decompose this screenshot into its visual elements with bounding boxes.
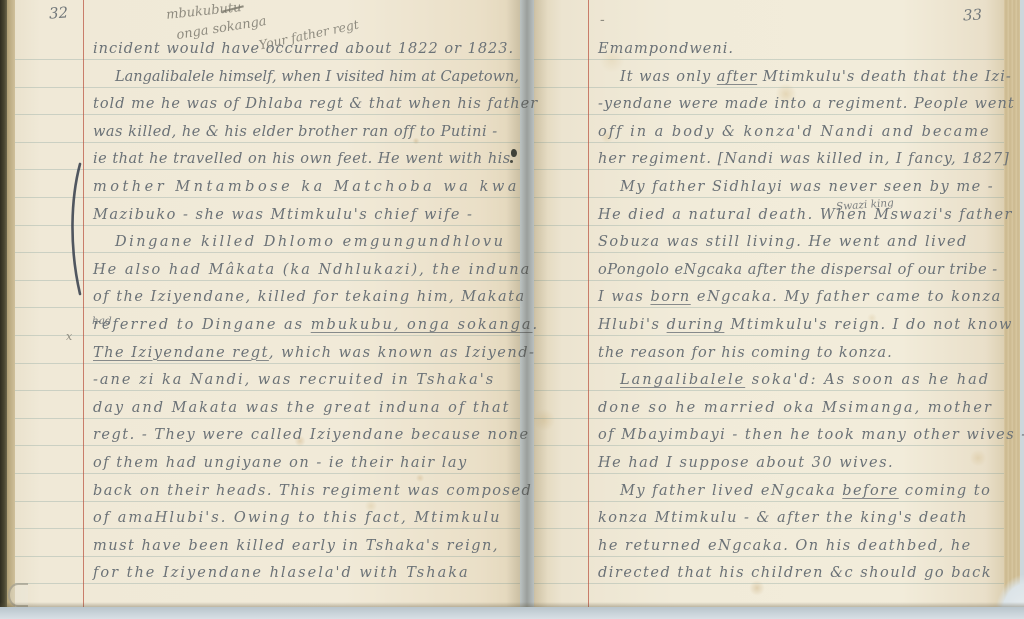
underlined-text: The Iziyendane regt: [93, 345, 269, 361]
manuscript-text: Mtimkulu's death that the Izi-: [757, 69, 1012, 85]
manuscript-line: the reason for his coming to konza.: [598, 343, 893, 363]
manuscript-text: incident would have occurred about 1822 …: [93, 41, 514, 57]
manuscript-line: Hlubi's during Mtimkulu's reign. I do no…: [598, 315, 1013, 335]
manuscript-line: -yendane were made into a regiment. Peop…: [598, 94, 1015, 114]
manuscript-text: coming to: [899, 483, 992, 499]
ink-blot: [511, 149, 517, 157]
underlined-text: born: [650, 289, 690, 305]
ruled-line: [15, 473, 520, 474]
manuscript-text: Langalibalele himself, when I visited hi…: [115, 69, 519, 85]
manuscript-text: eNgcaka. My father came to konza: [691, 289, 1002, 305]
manuscript-text: I was: [598, 289, 650, 305]
manuscript-text: was killed, he & his elder brother ran o…: [93, 124, 498, 140]
ruled-line: [15, 59, 520, 60]
manuscript-line: he returned eNgcaka. On his deathbed, he: [598, 536, 972, 556]
ruled-line: [15, 583, 520, 584]
ruled-line: [15, 197, 520, 198]
ruled-line: [534, 59, 1004, 60]
ruled-line: [15, 114, 520, 115]
manuscript-line: incident would have occurred about 1822 …: [93, 39, 514, 59]
ruled-line: [15, 252, 520, 253]
manuscript-line: He died a natural death. When Mswazi's f…: [598, 205, 1013, 225]
underlined-text: before: [842, 483, 898, 499]
manuscript-line: must have been killed early in Tshaka's …: [93, 536, 499, 556]
manuscript-text: for the Iziyendane hlasela'd with Tshaka: [93, 565, 470, 581]
manuscript-text: oPongolo eNgcaka after the dispersal of …: [598, 262, 998, 278]
manuscript-line: ie that he travelled on his own feet. He…: [93, 149, 511, 169]
ruled-line: [534, 252, 1004, 253]
manuscript-line: Dingane killed Dhlomo emgungundhlovu: [115, 232, 505, 252]
manuscript-text: He also had Mâkata (ka Ndhlukazi), the i…: [93, 262, 531, 278]
manuscript-line: referred to Dingane as mbukubu, onga sok…: [93, 315, 539, 335]
underlined-text: mbukubu, onga sokanga: [311, 317, 533, 333]
manuscript-line: The Iziyendane regt, which was known as …: [93, 343, 535, 363]
ruled-line: [15, 528, 520, 529]
manuscript-line: Emampondweni.: [598, 39, 734, 59]
manuscript-line: was killed, he & his elder brother ran o…: [93, 122, 498, 142]
underlined-text: after: [717, 69, 757, 85]
margin-dash-mark: -: [600, 12, 605, 28]
left-page-margin-rule: [83, 0, 84, 608]
manuscript-line: oPongolo eNgcaka after the dispersal of …: [598, 260, 998, 280]
underlined-text: during: [667, 317, 725, 333]
manuscript-text: her regiment. [Nandi was killed in, I fa…: [598, 151, 1010, 167]
manuscript-line: of Mbayimbayi - then he took many other …: [598, 425, 1024, 445]
manuscript-line: I was born eNgcaka. My father came to ko…: [598, 287, 1002, 307]
manuscript-text: day and Makata was the great induna of t…: [93, 400, 510, 416]
manuscript-text: off in a body & konza'd Nandi and became: [598, 124, 991, 140]
manuscript-line: for the Iziyendane hlasela'd with Tshaka: [93, 563, 470, 583]
manuscript-line: Langalibalele soka'd: As soon as he had: [620, 370, 990, 390]
manuscript-text: He had I suppose about 30 wives.: [598, 455, 894, 471]
margin-caret-mark: x: [66, 330, 72, 343]
manuscript-text: must have been killed early in Tshaka's …: [93, 538, 499, 554]
manuscript-text: referred to Dingane as: [93, 317, 311, 333]
ruled-line: [534, 390, 1004, 391]
ruled-line: [15, 169, 520, 170]
manuscript-text: mother Mntambose ka Matchoba wa kwa: [93, 179, 520, 195]
manuscript-line: He also had Mâkata (ka Ndhlukazi), the i…: [93, 260, 531, 280]
ruled-line: [534, 445, 1004, 446]
manuscript-text: Hlubi's: [598, 317, 667, 333]
left-page-edge: [7, 0, 15, 608]
page-number-left: 32: [48, 3, 68, 22]
manuscript-line: Sobuza was still living. He went and liv…: [598, 232, 968, 252]
manuscript-text: , which was known as Iziyend-: [269, 345, 536, 361]
manuscript-line: of them had ungiyane on - ie their hair …: [93, 453, 468, 473]
manuscript-line: mother Mntambose ka Matchoba wa kwa: [93, 177, 520, 197]
manuscript-text: My father lived eNgcaka: [620, 483, 842, 499]
right-fore-edge: [1004, 0, 1020, 600]
manuscript-text: konza Mtimkulu - & after the king's deat…: [598, 510, 968, 526]
manuscript-text: Sobuza was still living. He went and liv…: [598, 234, 968, 250]
manuscript-text: Emampondweni.: [598, 41, 734, 57]
manuscript-line: Mazibuko - she was Mtimkulu's chief wife…: [93, 205, 473, 225]
manuscript-line: -ane zi ka Nandi, was recruited in Tshak…: [93, 370, 495, 390]
manuscript-line: He had I suppose about 30 wives.: [598, 453, 894, 473]
manuscript-text: the reason for his coming to konza.: [598, 345, 893, 361]
manuscript-text: It was only: [620, 69, 717, 85]
manuscript-line: told me he was of Dhlaba regt & that whe…: [93, 94, 538, 114]
manuscript-line: regt. - They were called Iziyendane beca…: [93, 425, 530, 445]
manuscript-text: regt. - They were called Iziyendane beca…: [93, 427, 530, 443]
manuscript-line: back on their heads. This regiment was c…: [93, 481, 532, 501]
ruled-line: [534, 528, 1004, 529]
notebook-cover-edge: [0, 0, 7, 608]
ruled-line: [534, 114, 1004, 115]
manuscript-text: .: [533, 317, 540, 333]
ruled-line: [534, 583, 1004, 584]
page-number-right: 33: [963, 6, 983, 25]
right-page-margin-rule: [588, 0, 589, 608]
ruled-line: [534, 307, 1004, 308]
margin-bracket-stroke: [66, 160, 88, 300]
manuscript-text: of the Iziyendane, killed for tekaing hi…: [93, 289, 526, 305]
scanner-background-strip: [0, 607, 1024, 619]
manuscript-text: -yendane were made into a regiment. Peop…: [598, 96, 1015, 112]
manuscript-text: Dingane killed Dhlomo emgungundhlovu: [115, 234, 505, 250]
ruled-line: [534, 473, 1004, 474]
manuscript-line: directed that his children &c should go …: [598, 563, 992, 583]
manuscript-line: My father Sidhlayi was never seen by me …: [620, 177, 994, 197]
manuscript-text: of amaHlubi's. Owing to this fact, Mtimk…: [93, 510, 501, 526]
manuscript-text: he returned eNgcaka. On his deathbed, he: [598, 538, 972, 554]
manuscript-text: -ane zi ka Nandi, was recruited in Tshak…: [93, 372, 495, 388]
manuscript-text: back on their heads. This regiment was c…: [93, 483, 532, 499]
manuscript-text: of Mbayimbayi - then he took many other …: [598, 427, 1024, 443]
manuscript-line: My father lived eNgcaka before coming to: [620, 481, 991, 501]
notebook-scan: 32 33 mbukubutu onga sokanga Your father…: [0, 0, 1024, 619]
manuscript-line: of amaHlubi's. Owing to this fact, Mtimk…: [93, 508, 501, 528]
manuscript-text: done so he married oka Msimanga, mother: [598, 400, 993, 416]
ruled-line: [534, 169, 1004, 170]
manuscript-text: of them had ungiyane on - ie their hair …: [93, 455, 468, 471]
manuscript-text: Mazibuko - she was Mtimkulu's chief wife…: [93, 207, 473, 223]
manuscript-text: soka'd: As soon as he had: [745, 372, 990, 388]
manuscript-line: of the Iziyendane, killed for tekaing hi…: [93, 287, 526, 307]
underlined-text: Langalibalele: [620, 372, 745, 388]
ruled-line: [15, 335, 520, 336]
manuscript-line: Langalibalele himself, when I visited hi…: [115, 67, 519, 87]
manuscript-line: done so he married oka Msimanga, mother: [598, 398, 993, 418]
ruled-line: [534, 197, 1004, 198]
manuscript-text: Mtimkulu's reign. I do not know: [724, 317, 1013, 333]
manuscript-line: her regiment. [Nandi was killed in, I fa…: [598, 149, 1010, 169]
manuscript-text: told me he was of Dhlaba regt & that whe…: [93, 96, 538, 112]
manuscript-text: ie that he travelled on his own feet. He…: [93, 151, 511, 167]
manuscript-line: It was only after Mtimkulu's death that …: [620, 67, 1012, 87]
ruled-line: [15, 445, 520, 446]
manuscript-text: directed that his children &c should go …: [598, 565, 992, 581]
manuscript-line: day and Makata was the great induna of t…: [93, 398, 510, 418]
ruled-line: [534, 335, 1004, 336]
ruled-line: [15, 390, 520, 391]
manuscript-text: He died a natural death. When Mswazi's f…: [598, 207, 1013, 223]
manuscript-line: off in a body & konza'd Nandi and became: [598, 122, 991, 142]
manuscript-text: My father Sidhlayi was never seen by me …: [620, 179, 994, 195]
manuscript-line: konza Mtimkulu - & after the king's deat…: [598, 508, 968, 528]
ruled-line: [15, 307, 520, 308]
